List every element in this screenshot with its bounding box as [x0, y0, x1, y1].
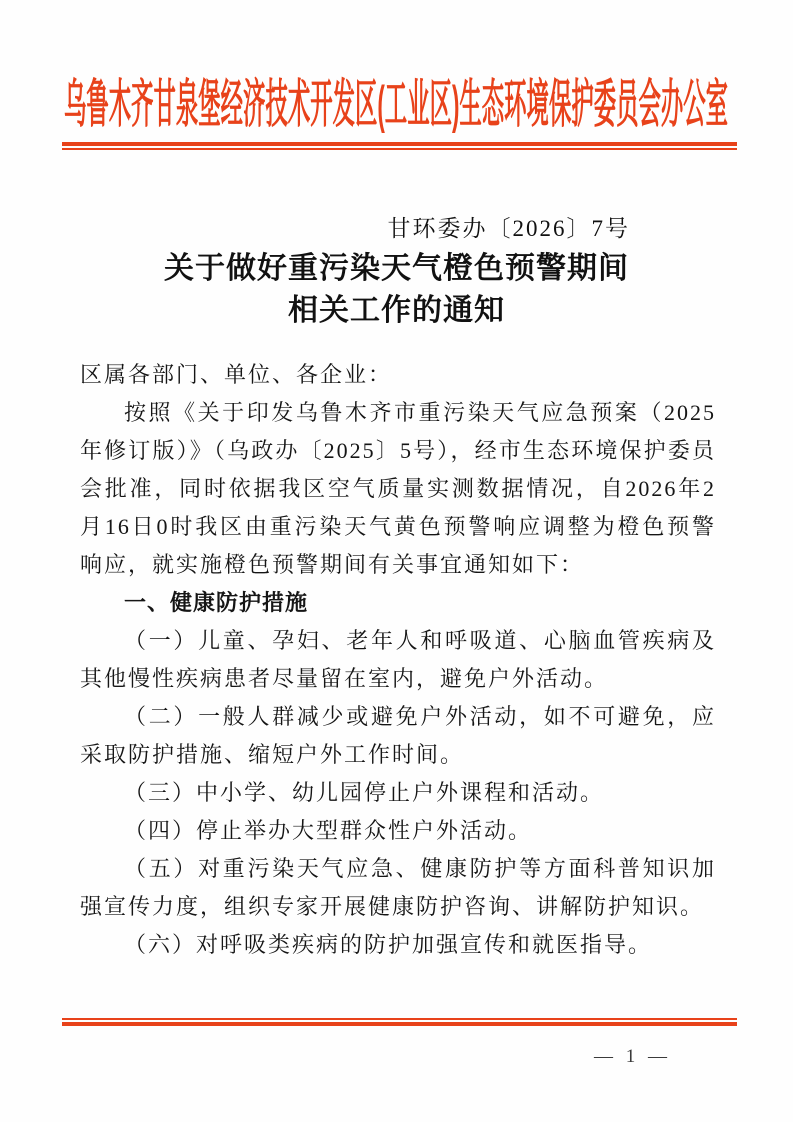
footer-rule-thick: [62, 1022, 737, 1026]
section1-item-4: （四）停止举办大型群众性户外活动。: [80, 812, 716, 850]
doc-title-line2: 相关工作的通知: [288, 294, 505, 327]
page-number: — 1 —: [594, 1046, 671, 1068]
doc-title-line1: 关于做好重污染天气橙色预警期间: [164, 252, 629, 285]
header-rule-thick: [62, 142, 737, 146]
document-body: 区属各部门、单位、各企业： 按照《关于印发乌鲁木齐市重污染天气应急预案（2025…: [80, 356, 716, 964]
section1-heading: 一、健康防护措施: [80, 584, 716, 622]
section1-item-1: （一）儿童、孕妇、老年人和呼吸道、心脑血管疾病及其他慢性疾病患者尽量留在室内，避…: [80, 622, 716, 698]
section1-item-5: （五）对重污染天气应急、健康防护等方面科普知识加强宣传力度，组织专家开展健康防护…: [80, 850, 716, 926]
section1-item-2: （二）一般人群减少或避免户外活动，如不可避免，应采取防护措施、缩短户外工作时间。: [80, 698, 716, 774]
section1-item-6: （六）对呼吸类疾病的防护加强宣传和就医指导。: [80, 926, 716, 964]
document-page: 乌鲁木齐甘泉堡经济技术开发区(工业区)生态环境保护委员会办公室 甘环委办〔202…: [0, 0, 793, 1122]
footer-double-rule: [62, 1018, 737, 1026]
footer-rule-thin: [62, 1018, 737, 1020]
header-rule-thin: [62, 148, 737, 150]
org-name-banner: 乌鲁木齐甘泉堡经济技术开发区(工业区)生态环境保护委员会办公室: [60, 68, 733, 140]
doc-number: 甘环委办〔2026〕7号: [80, 210, 716, 243]
header-double-rule: [62, 142, 737, 150]
letterhead: 乌鲁木齐甘泉堡经济技术开发区(工业区)生态环境保护委员会办公室: [60, 68, 733, 140]
section1-item-3: （三）中小学、幼儿园停止户外课程和活动。: [80, 774, 716, 812]
doc-title: 关于做好重污染天气橙色预警期间 相关工作的通知: [0, 248, 793, 332]
salutation: 区属各部门、单位、各企业：: [80, 356, 716, 394]
intro-paragraph: 按照《关于印发乌鲁木齐市重污染天气应急预案（2025年修订版）》（乌政办〔202…: [80, 394, 716, 584]
org-name-text: 乌鲁木齐甘泉堡经济技术开发区(工业区)生态环境保护委员会办公室: [64, 76, 728, 134]
